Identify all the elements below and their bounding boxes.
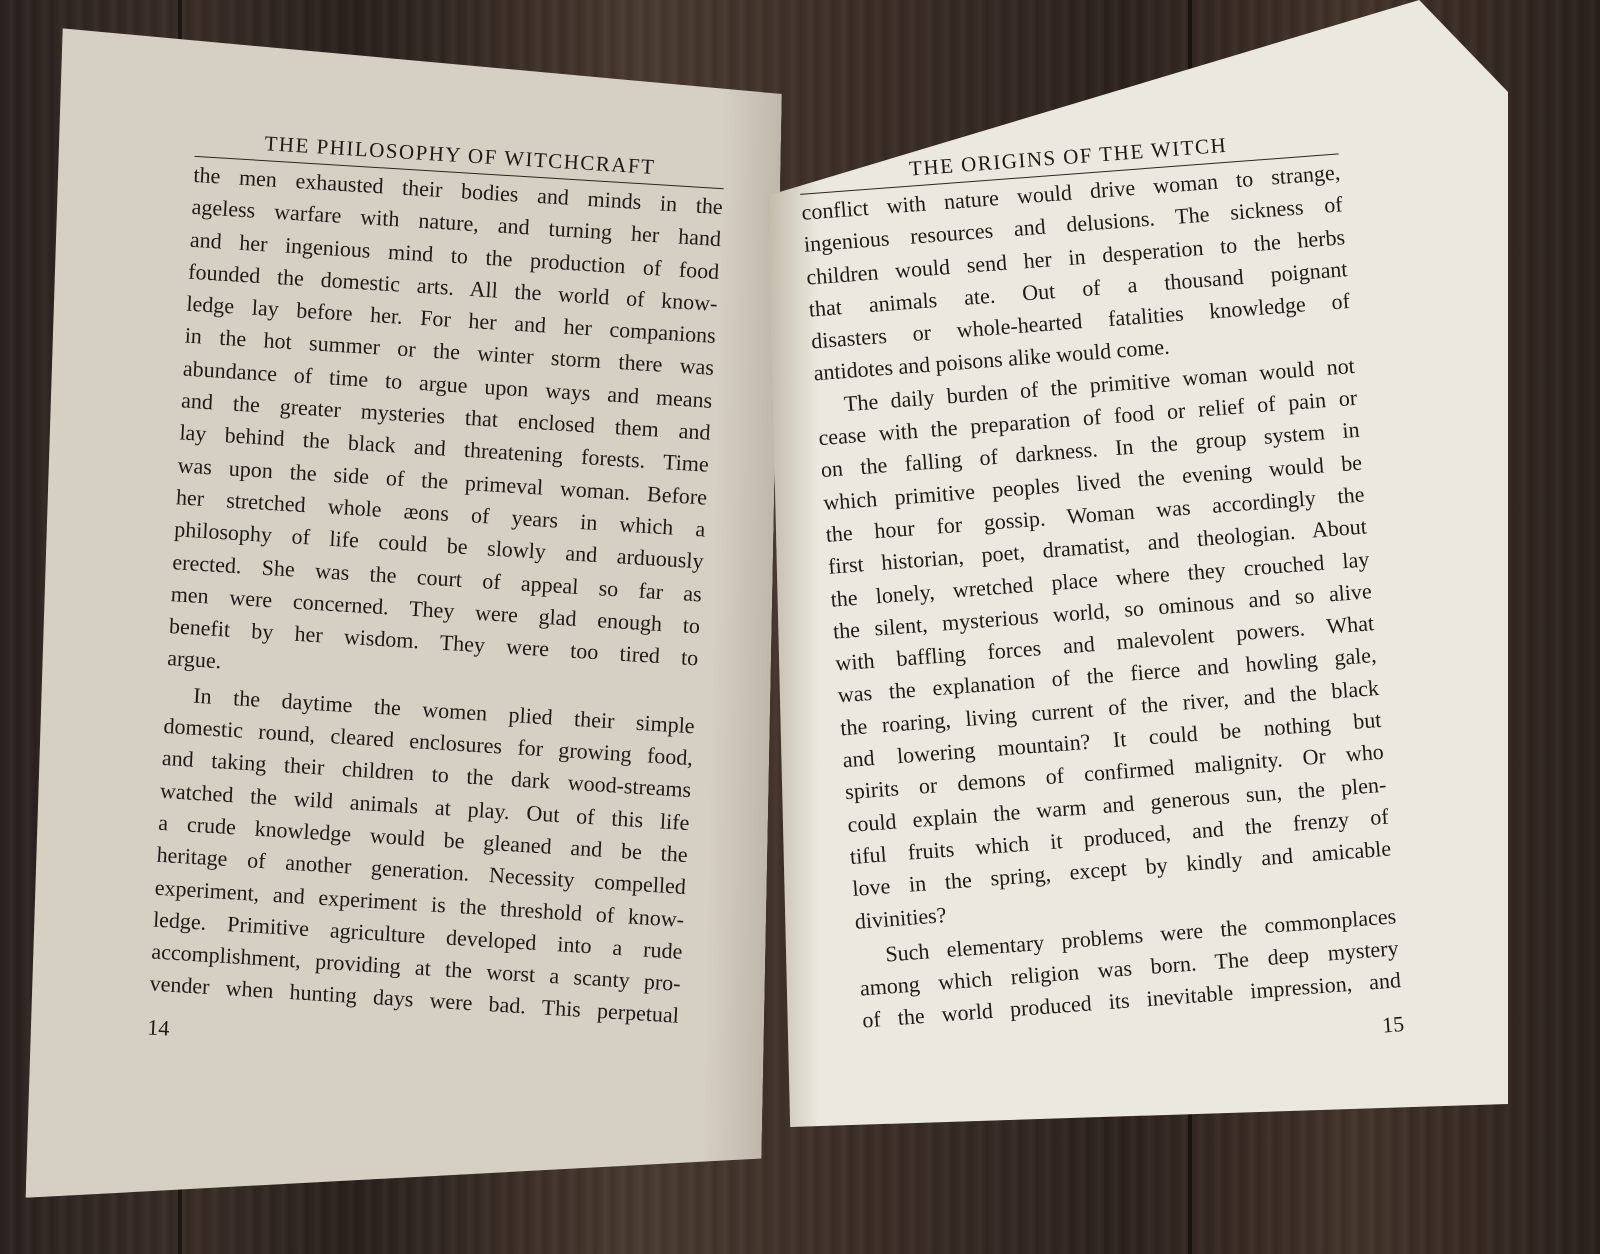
left-page-text: THE PHILOSOPHY OF WITCHCRAFT the men exh…: [147, 127, 726, 1073]
right-page-text: THE ORIGINS OF THE WITCH conflict with n…: [798, 125, 1405, 1078]
right-paragraph-2: The daily burden of the primitive woman …: [815, 350, 1395, 938]
left-paragraph-2: In the daytime the women plied their sim…: [149, 678, 696, 1033]
left-paragraph-1: the men exhausted their bodies and minds…: [166, 159, 723, 707]
right-page: THE ORIGINS OF THE WITCH conflict with n…: [768, 0, 1508, 1150]
left-page: THE PHILOSOPHY OF WITCHCRAFT the men exh…: [26, 28, 783, 1217]
